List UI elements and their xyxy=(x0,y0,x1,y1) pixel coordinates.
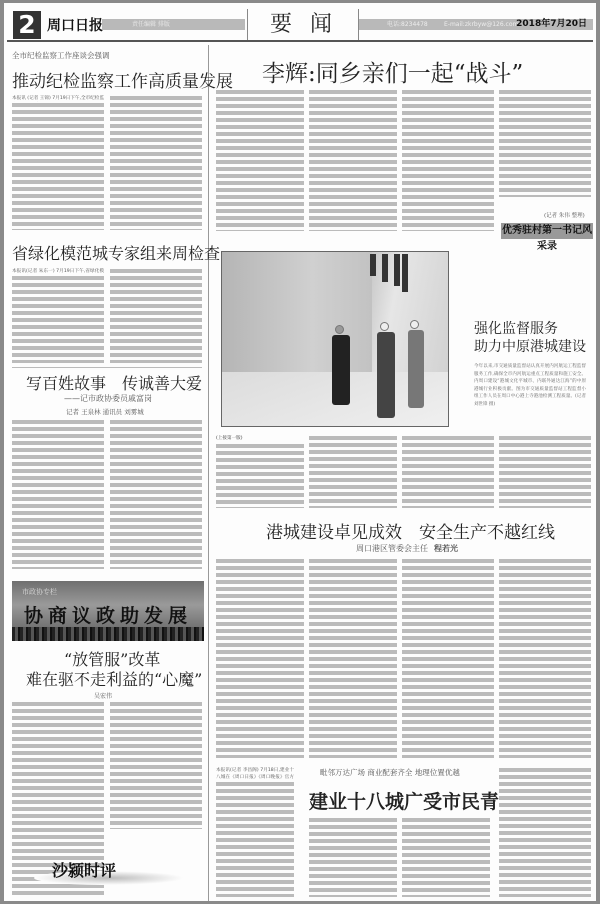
column-logo: 沙颍时评 xyxy=(52,858,116,881)
lihui-headline: 李辉:同乡亲们一起“战斗” xyxy=(262,55,523,88)
issue-date: 2018年7月20日 xyxy=(516,19,587,30)
secretary-box: 优秀驻村第一书记风采录 xyxy=(501,223,593,239)
newspaper-brand: 周口日报 xyxy=(47,15,103,35)
jianye-byline: 本报讯(记者 李昌阁) 7月18日,建业十八城在《周口日报》《周口晚报》官方的强… xyxy=(216,767,294,781)
continue-col3 xyxy=(402,435,494,508)
discipline-kicker: 全市纪检监察工作座谈会强调 xyxy=(12,50,110,61)
section-title: 要闻 xyxy=(247,9,359,40)
phone-meta: 电话:8234478 xyxy=(387,19,428,30)
photo-post xyxy=(382,254,388,282)
photo-continuation: (上接第一版) xyxy=(216,435,276,442)
divider xyxy=(12,367,202,368)
reform-headline-2: 难在驱不走利益的“心魔” xyxy=(26,667,202,690)
page-number: 2 xyxy=(13,11,41,39)
port-author-title: 周口港区管委会主任 xyxy=(356,543,428,554)
port-headline: 港城建设卓见成效 安全生产不越红线 xyxy=(266,518,555,543)
continue-col4 xyxy=(499,435,591,508)
story-subhead: ——记市政协委员戚富岗 xyxy=(64,393,152,404)
supervision-headline-2: 助力中原港城建设 xyxy=(474,336,586,356)
page-header: 2 周口日报 责任编辑 排版 要闻 电话:8234478 E-mail:zkrb… xyxy=(7,9,593,42)
port-body-col4 xyxy=(499,558,591,758)
meta-bar: 电话:8234478 E-mail:zkrbyw@126.com 2018年7月… xyxy=(359,19,593,30)
banner-tag: 市政协专栏 xyxy=(22,587,57,597)
photo-post xyxy=(394,254,400,286)
person xyxy=(377,332,395,418)
discipline-body-col1 xyxy=(12,102,104,230)
port-author-name: 程若光 xyxy=(434,543,458,554)
photo-post xyxy=(370,254,376,276)
news-photo xyxy=(221,251,449,427)
greening-headline: 省绿化模范城专家组来周检查 xyxy=(12,241,220,264)
person xyxy=(408,330,424,408)
photo-post xyxy=(402,254,408,292)
skyline-graphic xyxy=(12,627,204,641)
reform-body-col2 xyxy=(110,701,202,829)
person xyxy=(332,335,350,405)
port-body-col1 xyxy=(216,558,304,758)
column-divider xyxy=(208,45,209,901)
continue-col2 xyxy=(309,435,397,508)
port-body-col3 xyxy=(402,558,494,758)
lihui-body-col1 xyxy=(216,89,304,231)
lihui-body-col3 xyxy=(402,89,494,231)
jianye-headline: 建业十八城广受市民青睐 xyxy=(309,787,518,814)
story-headline: 写百姓故事 传诚善大爱 xyxy=(26,371,202,394)
person-head xyxy=(410,320,419,329)
editor-bar: 责任编辑 排版 xyxy=(102,19,245,30)
jianye-body-col4 xyxy=(499,767,591,897)
story-byline: 记者 王泉林 通讯员 刘雾城 xyxy=(66,407,144,416)
lihui-credit: (记者 朱伟 整理) xyxy=(544,211,585,219)
discipline-headline: 推动纪检监察工作高质量发展 xyxy=(12,67,233,92)
port-body-col2 xyxy=(309,558,397,758)
reform-author: 吴宏伟 xyxy=(94,691,112,700)
discipline-byline: 本报讯 (记者 王锦) 7月19日下午,全市纪检监察工作座谈会召开。 xyxy=(12,95,104,102)
lihui-body-col4 xyxy=(499,89,591,197)
greening-byline: 本报讯(记者 朱东一) 7月19日下午,省绿化模范城专家组来周检查 xyxy=(12,268,104,275)
newspaper-page: 2 周口日报 责任编辑 排版 要闻 电话:8234478 E-mail:zkrb… xyxy=(4,3,596,901)
jianye-body-col2 xyxy=(309,817,397,897)
banner-title: 协商议政助发展 xyxy=(12,601,204,628)
cppcc-banner: 市政协专栏 协商议政助发展 xyxy=(12,581,204,641)
story-body-col1 xyxy=(12,419,104,569)
greening-body-col2 xyxy=(110,268,202,363)
jianye-body-col3 xyxy=(402,817,490,897)
email-meta: E-mail:zkrbyw@126.com xyxy=(444,19,518,30)
lihui-body-col2 xyxy=(309,89,397,231)
continue-col1 xyxy=(216,443,304,508)
discipline-body-col2 xyxy=(110,95,202,230)
person-head xyxy=(380,322,389,331)
person-head xyxy=(335,325,344,334)
jianye-body-col1 xyxy=(216,781,294,897)
supervision-headline-1: 强化监督服务 xyxy=(474,318,558,338)
jianye-kicker: 毗邻万达广场 商业配套齐全 地理位置优越 xyxy=(320,767,460,778)
story-body-col2 xyxy=(110,419,202,569)
greening-body-col1 xyxy=(12,275,104,363)
supervision-body: 今年以来,市交通质量监督站认真开展内河航运工程监督服务工作,确保全市内河航运重点… xyxy=(474,363,586,423)
